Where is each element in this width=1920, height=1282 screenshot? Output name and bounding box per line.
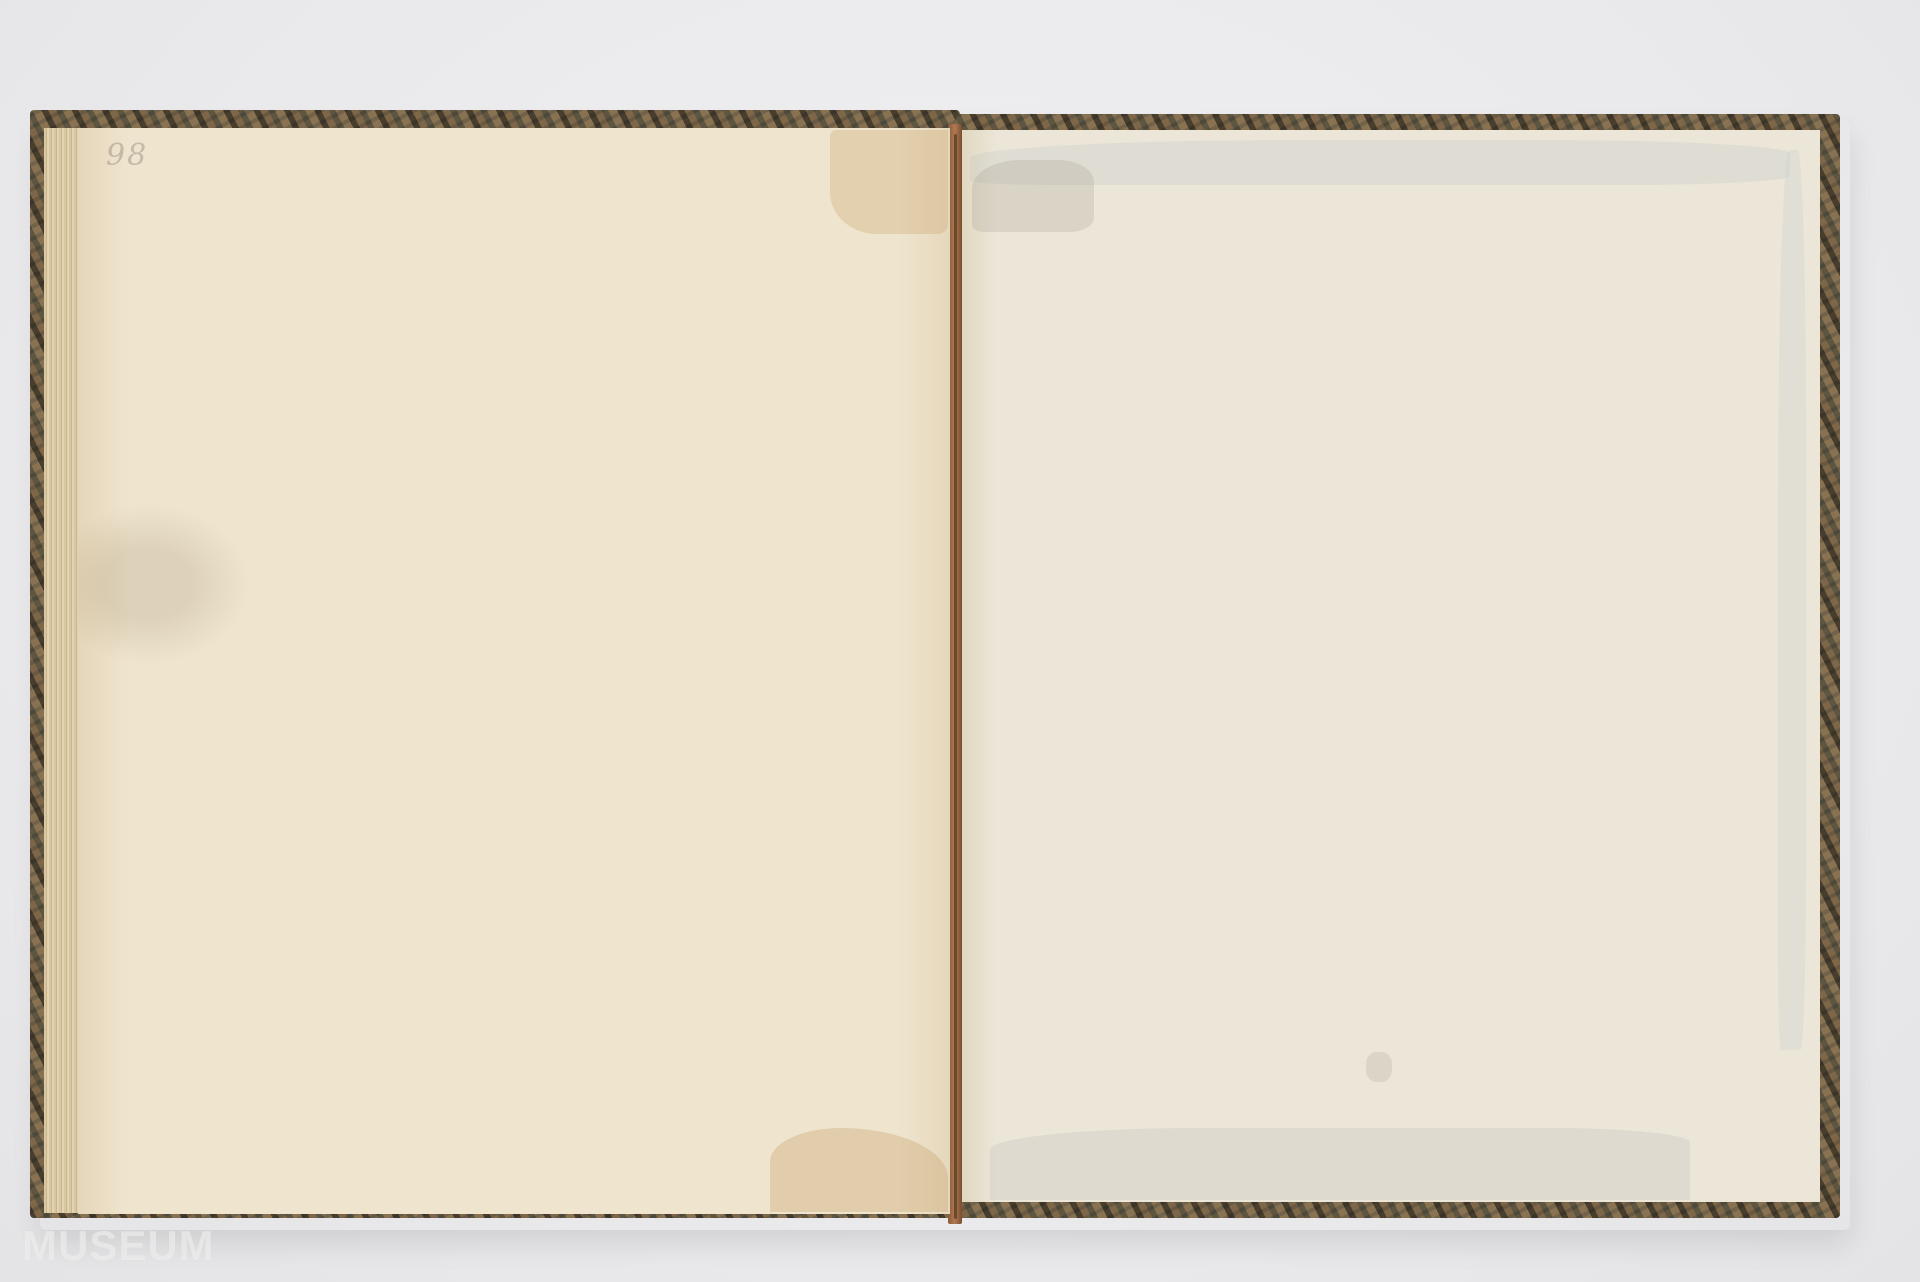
left-page	[78, 128, 950, 1214]
stain-right-bottom	[990, 1128, 1690, 1200]
stain-right-top-block	[972, 160, 1094, 232]
stain-right-edge	[1778, 150, 1806, 1050]
right-page	[962, 130, 1820, 1202]
watermark: MUSEUM	[22, 1222, 215, 1270]
gutter-fold	[954, 134, 957, 1219]
pencil-annotation: 98	[106, 138, 148, 173]
stain-small-spot	[1366, 1052, 1392, 1082]
stain-left-top-corner	[830, 130, 948, 234]
